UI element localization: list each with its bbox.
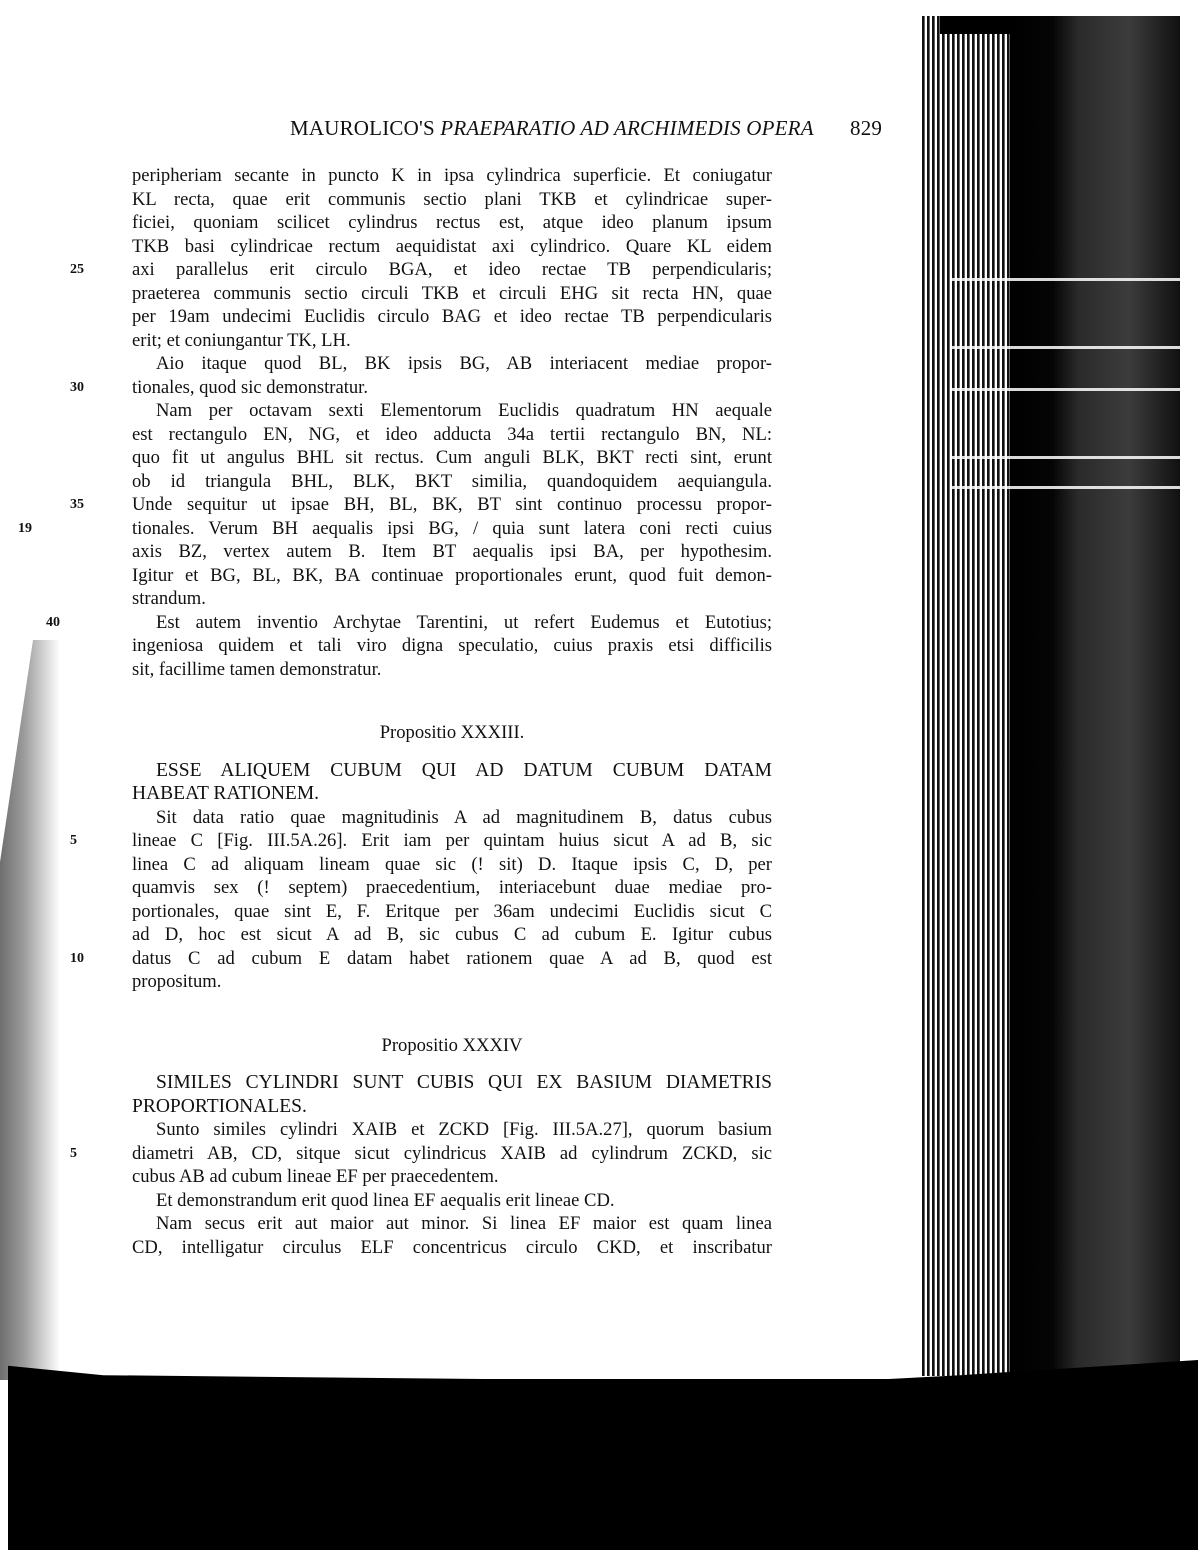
running-head-title: PRAEPARATIO AD ARCHIMEDIS OPERA	[440, 116, 813, 140]
line-number: 5	[70, 1142, 110, 1166]
text-line: Et demonstrandum erit quod linea EF aequ…	[132, 1189, 772, 1213]
proposition-33: Propositio XXXIII. ESSE ALIQUEM CUBUM QU…	[132, 721, 772, 994]
text-line: per 19am undecimi Euclidis circulo BAG e…	[132, 305, 772, 329]
proposition-title: Propositio XXXIII.	[132, 721, 772, 745]
book-page-edges	[920, 16, 1180, 1376]
page-body: peripheriam secante in puncto K in ipsa …	[132, 164, 772, 1259]
text-line: linea C ad aliquam lineam quae sic (! si…	[132, 853, 772, 877]
text-line: portionales, quae sint E, F. Eritque per…	[132, 900, 772, 924]
edge-highlight	[950, 486, 1180, 489]
text-line: KL recta, quae erit communis sectio plan…	[132, 188, 772, 212]
proposition-enunciation: ESSE ALIQUEM CUBUM QUI AD DATUM CUBUM DA…	[132, 759, 772, 783]
text-line: quo fit ut angulus BHL sit rectus. Cum a…	[132, 446, 772, 470]
text-line: 30tionales, quod sic demonstratur.	[132, 376, 772, 400]
text-line: Aio itaque quod BL, BK ipsis BG, AB inte…	[132, 352, 772, 376]
text-line: TKB basi cylindricae rectum aequidistat …	[132, 235, 772, 259]
running-head: MAUROLICO'S PRAEPARATIO AD ARCHIMEDIS OP…	[290, 116, 890, 141]
text-line: 35Unde sequitur ut ipsae BH, BL, BK, BT …	[132, 493, 772, 517]
line-number: 30	[70, 376, 110, 400]
text-line: erit; et coniungantur TK, LH.	[132, 329, 772, 353]
text-line: Igitur et BG, BL, BK, BA continuae propo…	[132, 564, 772, 588]
proposition-34: Propositio XXXIV SIMILES CYLINDRI SUNT C…	[132, 1034, 772, 1260]
section-continuation: peripheriam secante in puncto K in ipsa …	[132, 164, 772, 681]
scanner-background	[8, 1360, 1198, 1550]
text-line: praeterea communis sectio circuli TKB et…	[132, 282, 772, 306]
text-line: ob id triangula BHL, BLK, BKT similia, q…	[132, 470, 772, 494]
line-number: 40	[46, 611, 86, 635]
text-line: strandum.	[132, 587, 772, 611]
proposition-enunciation: HABEAT RATIONEM.	[132, 782, 772, 806]
line-number: 25	[70, 258, 110, 282]
book-edge-shadow	[1010, 16, 1180, 1376]
edge-highlight	[950, 278, 1180, 281]
text-line: CD, intelligatur circulus ELF concentric…	[132, 1236, 772, 1260]
text-line: 10datus C ad cubum E datam habet ratione…	[132, 947, 772, 971]
text-line: Nam secus erit aut maior aut minor. Si l…	[132, 1212, 772, 1236]
text-line: quamvis sex (! septem) praecedentium, in…	[132, 876, 772, 900]
proposition-title: Propositio XXXIV	[132, 1034, 772, 1058]
text-line: axis BZ, vertex autem B. Item BT aequali…	[132, 540, 772, 564]
text-line: sit, facillime tamen demonstratur.	[132, 658, 772, 682]
edge-highlight	[950, 346, 1180, 349]
text-line: est rectangulo EN, NG, et ideo adducta 3…	[132, 423, 772, 447]
line-number: 10	[70, 947, 110, 971]
text-line: Sit data ratio quae magnitudinis A ad ma…	[132, 806, 772, 830]
line-number: 5	[70, 829, 110, 853]
text-line: 5lineae C [Fig. III.5A.26]. Erit iam per…	[132, 829, 772, 853]
source-page-number: 19	[18, 517, 58, 541]
text-line: 40Est autem inventio Archytae Tarentini,…	[132, 611, 772, 635]
edge-highlight	[950, 456, 1180, 459]
proposition-enunciation: PROPORTIONALES.	[132, 1095, 772, 1119]
page-number: 829	[850, 116, 882, 141]
text-line: Sunto similes cylindri XAIB et ZCKD [Fig…	[132, 1118, 772, 1142]
text-line: 19tionales. Verum BH aequalis ipsi BG, /…	[132, 517, 772, 541]
edge-highlight	[950, 388, 1180, 391]
text-line: ingeniosa quidem et tali viro digna spec…	[132, 634, 772, 658]
text-line: Nam per octavam sexti Elementorum Euclid…	[132, 399, 772, 423]
text-line: ficiei, quoniam scilicet cylindrus rectu…	[132, 211, 772, 235]
text-line: ad D, hoc est sicut A ad B, sic cubus C …	[132, 923, 772, 947]
line-number: 35	[70, 493, 110, 517]
proposition-enunciation: SIMILES CYLINDRI SUNT CUBIS QUI EX BASIU…	[132, 1071, 772, 1095]
text-line: peripheriam secante in puncto K in ipsa …	[132, 164, 772, 188]
text-line: propositum.	[132, 970, 772, 994]
text-line: cubus AB ad cubum lineae EF per praecede…	[132, 1165, 772, 1189]
text-line: 5diametri AB, CD, sitque sicut cylindric…	[132, 1142, 772, 1166]
running-head-author: MAUROLICO'S	[290, 116, 440, 140]
text-line: 25axi parallelus erit circulo BGA, et id…	[132, 258, 772, 282]
